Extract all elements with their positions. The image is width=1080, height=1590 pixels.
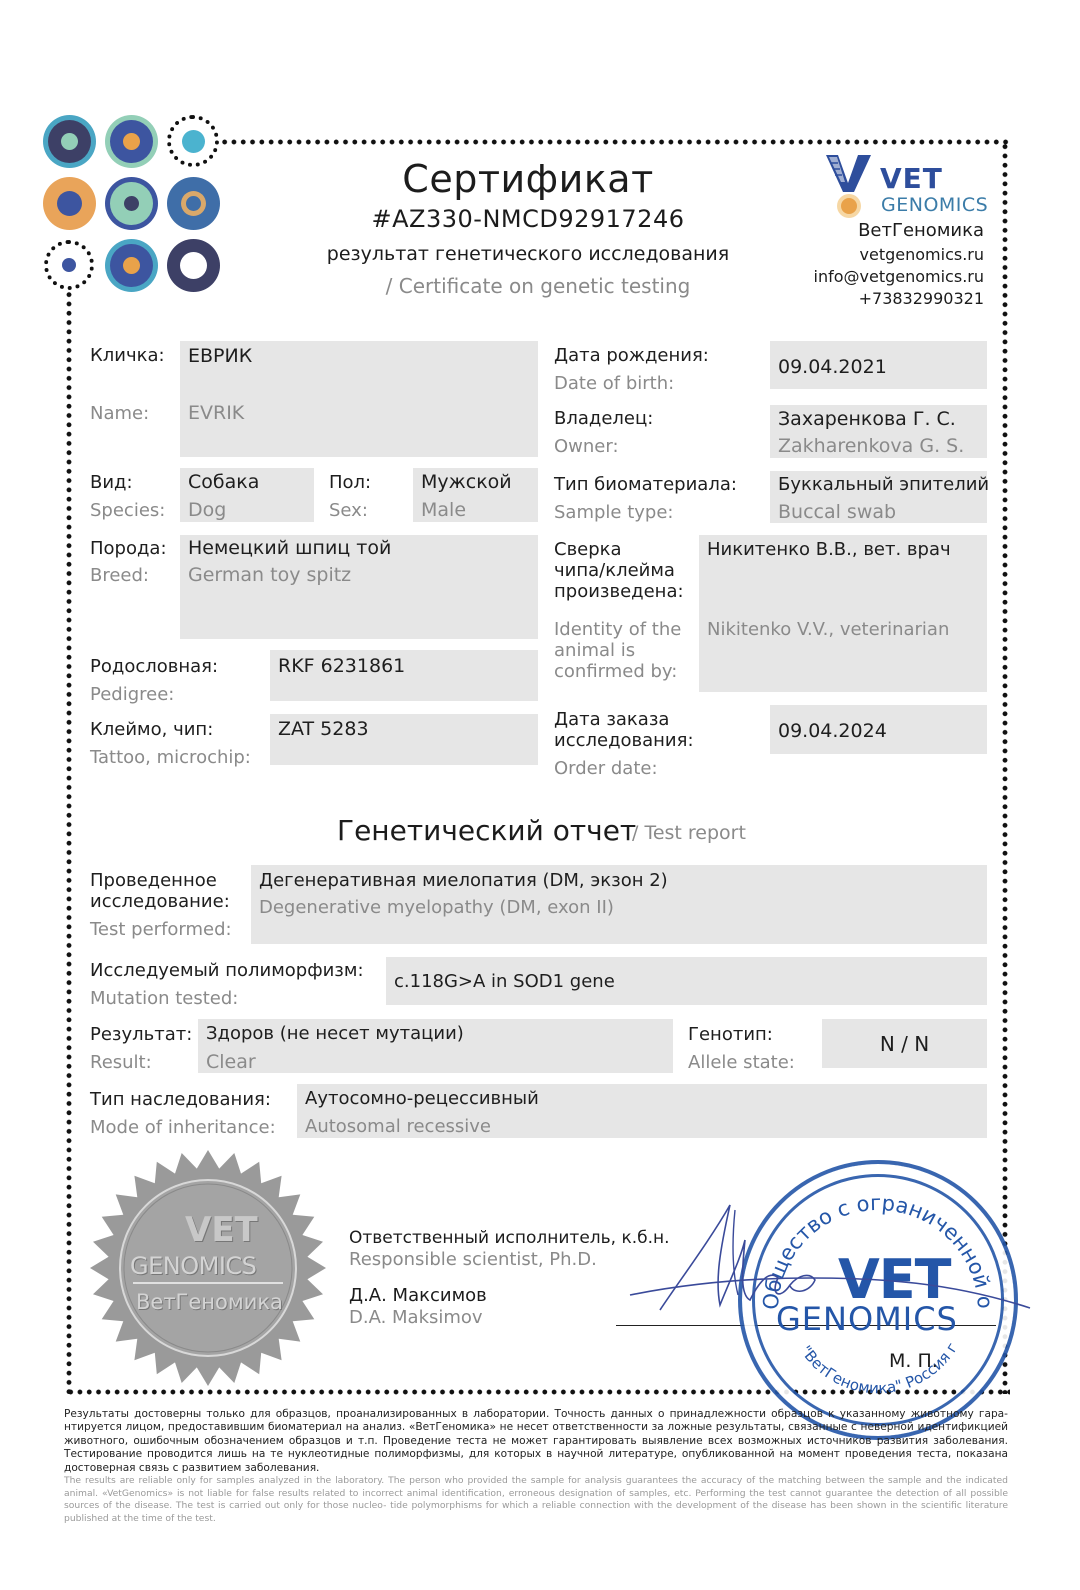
seal-ru-text: ВетГеномика [136, 1290, 283, 1314]
responsible-name-ru: Д.А. Максимов [349, 1285, 487, 1306]
identity-label-en-2: animal is [554, 640, 635, 661]
sample-type-label-en: Sample type: [554, 502, 674, 524]
genotype-value: N / N [822, 1033, 987, 1055]
sample-type-value-en: Buccal swab [778, 501, 896, 523]
result-value-en: Clear [206, 1051, 256, 1073]
frame-left-border [66, 290, 72, 1394]
identity-label-en-3: confirmed by: [554, 661, 677, 682]
test-label-ru-2: исследование: [90, 891, 230, 913]
identity-value-en: Nikitenko V.V., veterinarian [707, 619, 949, 641]
sex-label-ru: Пол: [329, 472, 371, 494]
breed-label-ru: Порода: [90, 538, 167, 560]
genotype-label-en: Allele state: [688, 1052, 795, 1074]
identity-label-ru-3: произведена: [554, 581, 684, 602]
pedigree-value: RKF 6231861 [278, 655, 405, 677]
tattoo-value: ZAT 5283 [278, 718, 369, 740]
result-value-ru: Здоров (не несет мутации) [206, 1023, 464, 1045]
order-date-label-ru-1: Дата заказа [554, 709, 669, 731]
brand-email-link[interactable]: info@vetgenomics.ru [814, 267, 985, 286]
result-label-ru: Результат: [90, 1024, 192, 1046]
sex-value-en: Male [421, 499, 466, 521]
sample-type-value-ru: Буккальный эпителий [778, 474, 989, 496]
logo-dot-icon [841, 198, 857, 214]
handwritten-signature-icon [620, 1200, 1040, 1330]
name-label-ru: Кличка: [90, 345, 165, 367]
logo-vet-text: VET [880, 162, 943, 195]
identity-value-ru: Никитенко В.В., вет. врач [707, 539, 951, 561]
result-label-en: Result: [90, 1052, 152, 1074]
test-value-ru: Дегенеративная миелопатия (DM, экзон 2) [259, 870, 668, 892]
seal-vet-text: VET [185, 1210, 258, 1250]
identity-label-ru-2: чипа/клейма [554, 560, 675, 581]
birth-date-value: 09.04.2021 [778, 356, 887, 378]
pedigree-label-ru: Родословная: [90, 656, 218, 678]
identity-label-en-1: Identity of the [554, 619, 681, 640]
breed-value-ru: Немецкий шпиц той [188, 537, 391, 559]
brand-name-ru: ВетГеномика [858, 220, 984, 241]
brand-phone: +73832990321 [859, 289, 984, 308]
tattoo-label-en: Tattoo, microchip: [90, 747, 251, 769]
mutation-value: c.118G>A in SOD1 gene [394, 971, 615, 993]
circle-icon [182, 130, 205, 153]
breed-label-en: Breed: [90, 565, 149, 587]
brand-website-link[interactable]: vetgenomics.ru [860, 245, 984, 264]
v-logo-icon [826, 155, 872, 193]
disclaimer-ru: Результаты достоверны только для образцо… [64, 1408, 1008, 1475]
birth-date-label-ru: Дата рождения: [554, 345, 709, 367]
owner-value-ru: Захаренкова Г. С. [778, 408, 956, 430]
logo-genomics-text: GENOMICS [881, 194, 988, 216]
responsible-role-en: Responsible scientist, Ph.D. [349, 1249, 597, 1270]
inheritance-value-ru: Аутосомно-рецессивный [305, 1088, 539, 1110]
test-label-ru-1: Проведенное [90, 870, 217, 892]
breed-value-en: German toy spitz [188, 564, 351, 586]
report-title-ru: Генетический отчет [337, 814, 636, 847]
owner-label-en: Owner: [554, 436, 619, 458]
inheritance-label-ru: Тип наследования: [90, 1089, 271, 1111]
seal-genomics-text: GENOMICS [130, 1252, 256, 1280]
identity-label-ru-1: Сверка [554, 539, 622, 560]
stamp-place-label: М. П. [889, 1350, 938, 1372]
test-value-en: Degenerative myelopathy (DM, exon II) [259, 897, 614, 919]
sex-label-en: Sex: [329, 500, 368, 522]
circle-icon [61, 133, 78, 150]
species-value-en: Dog [188, 499, 226, 521]
disclaimer-en: The results are reliable only for sample… [64, 1475, 1008, 1525]
responsible-name-en: D.A. Maksimov [349, 1307, 483, 1328]
birth-date-label-en: Date of birth: [554, 373, 674, 395]
pedigree-label-en: Pedigree: [90, 684, 174, 706]
circle-icon [123, 133, 140, 150]
species-value-ru: Собака [188, 471, 259, 493]
name-label-en: Name: [90, 403, 149, 425]
report-title-en: / Test report [632, 822, 746, 844]
name-value-ru: ЕВРИК [188, 345, 252, 367]
mutation-label-ru: Исследуемый полиморфизм: [90, 960, 364, 982]
sex-value-ru: Мужской [421, 471, 512, 493]
species-label-ru: Вид: [90, 472, 133, 494]
owner-value-en: Zakharenkova G. S. [778, 435, 964, 457]
inheritance-value-en: Autosomal recessive [305, 1116, 491, 1138]
name-value-en: EVRIK [188, 402, 244, 424]
genotype-label-ru: Генотип: [688, 1024, 773, 1046]
test-label-en: Test performed: [90, 919, 232, 941]
owner-label-ru: Владелец: [554, 408, 653, 430]
mutation-label-en: Mutation tested: [90, 988, 238, 1010]
sample-type-label-ru: Тип биоматериала: [554, 474, 737, 496]
species-label-en: Species: [90, 500, 165, 522]
order-date-value: 09.04.2024 [778, 720, 887, 742]
order-date-label-en: Order date: [554, 758, 658, 780]
order-date-label-ru-2: исследования: [554, 730, 694, 752]
inheritance-label-en: Mode of inheritance: [90, 1117, 276, 1139]
tattoo-label-ru: Клеймо, чип: [90, 719, 213, 741]
frame-top-border [220, 139, 1010, 145]
